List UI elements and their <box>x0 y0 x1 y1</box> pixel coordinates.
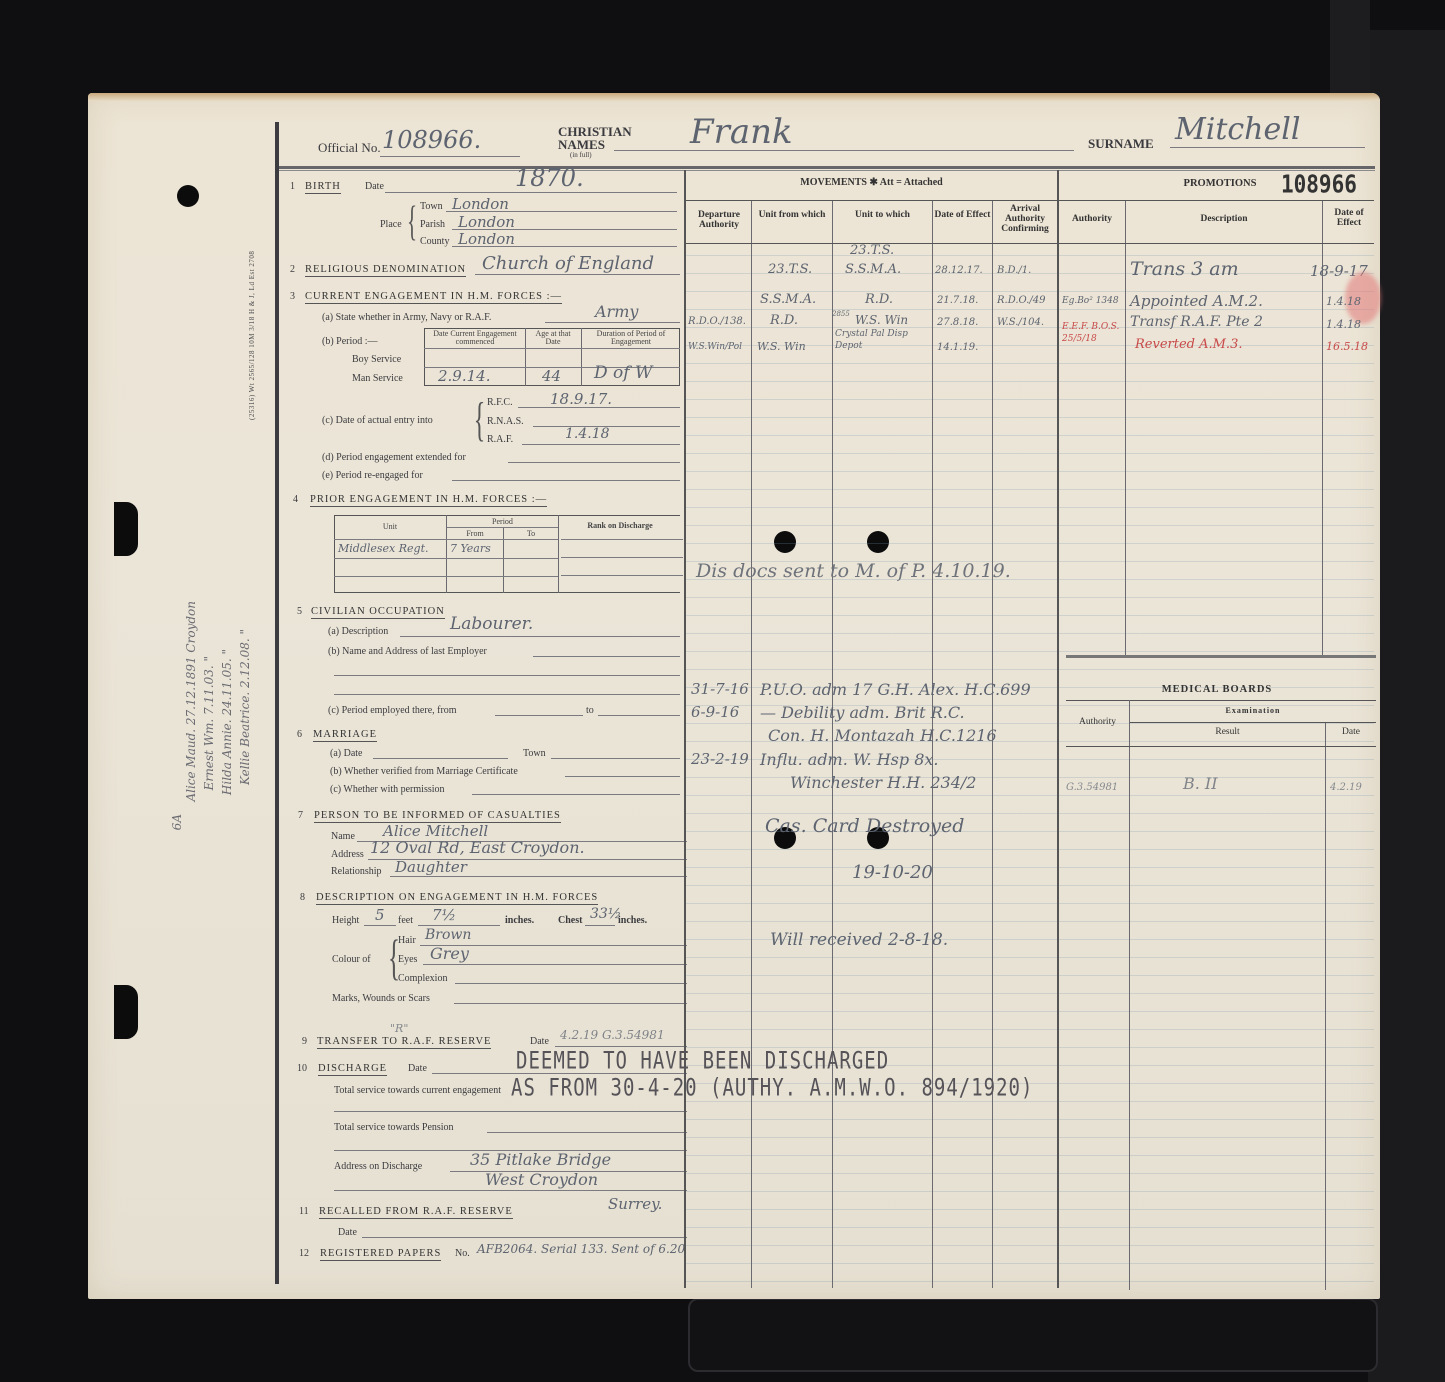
movement-annotation: 2855 <box>832 310 850 318</box>
rule <box>373 758 508 759</box>
height-inches-value: 7½ <box>432 906 456 924</box>
movement-to: S.S.M.A. <box>845 262 901 277</box>
header-rule <box>279 170 1375 171</box>
discharge-stamp-line2: AS FROM 30-4-20 (AUTHY. A.M.W.O. 894/192… <box>511 1074 1033 1102</box>
movement-note: Cas. Card Destroyed <box>765 815 964 837</box>
rule <box>614 150 1074 151</box>
marriage-town-label: Town <box>523 748 546 759</box>
service-pension-label: Total service towards Pension <box>334 1122 454 1133</box>
marriage-permission-label: (c) Whether with permission <box>330 784 445 795</box>
rule <box>334 558 558 559</box>
rule <box>551 758 680 759</box>
recalled-date-label: Date <box>338 1227 357 1238</box>
section-title-prior-engagement: PRIOR ENGAGEMENT IN H.M. FORCES :— <box>310 494 547 505</box>
section-number: 2 <box>290 264 295 275</box>
town-value: London <box>452 195 509 213</box>
th-promo-description: Description <box>1126 215 1322 225</box>
section-number: 12 <box>299 1248 309 1259</box>
movement-note: — Debility adm. Brit R.C. <box>760 703 965 722</box>
casualty-address-label: Address <box>331 849 364 860</box>
margin-note-label: 6A <box>170 814 184 830</box>
raf-value: 1.4.18 <box>565 426 610 442</box>
section-title-discharge: DISCHARGE <box>318 1063 387 1074</box>
rule <box>385 192 677 193</box>
th-duration: Duration of Period of Engagement <box>583 330 679 347</box>
movement-from: 23.T.S. <box>768 262 812 277</box>
th-age: Age at that Date <box>527 330 579 347</box>
th-date-of-effect: Date of Effect <box>933 211 992 221</box>
rule <box>581 328 582 386</box>
rule <box>598 715 680 716</box>
movement-note: 19-10-20 <box>852 862 933 883</box>
movement-to: R.D. <box>865 292 893 307</box>
service-branch-value: Army <box>595 302 638 321</box>
rule <box>364 925 396 926</box>
th-unit: Unit <box>334 523 446 531</box>
movement-note: P.U.O. adm 17 G.H. Alex. H.C.699 <box>760 680 1031 699</box>
promotion-date: 1.4.18 <box>1326 318 1361 331</box>
transfer-annotation: "R" <box>390 1022 408 1035</box>
rule <box>1066 746 1376 747</box>
chest-value: 33½ <box>590 906 621 922</box>
rule <box>751 200 752 1288</box>
period-label: (b) Period :— <box>322 336 378 347</box>
occupation-label: (a) Description <box>328 626 388 637</box>
form-left-border <box>275 122 279 1284</box>
section-title-religion: RELIGIOUS DENOMINATION <box>305 264 466 275</box>
county-value: London <box>458 230 515 248</box>
punch-hole <box>177 185 199 207</box>
rule <box>1057 170 1059 1288</box>
eyes-value: Grey <box>430 944 469 963</box>
place-label: Place <box>380 219 402 230</box>
section-title-birth: BIRTH <box>305 181 341 192</box>
rule <box>1130 722 1376 723</box>
medical-date: 4.2.19 <box>1330 782 1362 793</box>
transfer-date-label: Date <box>530 1036 549 1047</box>
section-number: 11 <box>299 1206 309 1217</box>
header-rule <box>279 166 1375 169</box>
rule <box>487 1132 687 1133</box>
rule <box>334 1111 687 1112</box>
movement-arrival: B.D./1. <box>997 265 1031 276</box>
rule <box>565 776 680 777</box>
th-result: Result <box>1130 728 1325 738</box>
eyes-label: Eyes <box>398 954 417 965</box>
rule <box>1066 700 1376 701</box>
section-number: 8 <box>300 892 305 903</box>
rule <box>1125 200 1126 655</box>
birth-date-value: 1870. <box>515 164 584 192</box>
christian-names-label: (in full) <box>570 151 592 159</box>
rule <box>1170 147 1365 148</box>
rule <box>684 170 686 1288</box>
rfc-label: R.F.C. <box>487 397 513 408</box>
section-number: 1 <box>290 181 295 192</box>
movements-title: MOVEMENTS ✱ Att = Attached <box>686 178 1057 189</box>
promotion-description: Reverted A.M.3. <box>1135 337 1242 352</box>
folder-tab <box>688 1298 1378 1372</box>
service-current-label: Total service towards current engagement <box>334 1085 501 1096</box>
raf-label: R.A.F. <box>487 434 513 445</box>
rule <box>525 328 526 386</box>
movement-date: 27.8.18. <box>937 317 978 328</box>
height-label: Height <box>332 915 359 926</box>
rule <box>561 575 683 576</box>
rule <box>400 636 680 637</box>
note-date: 31-7-16 <box>691 680 749 698</box>
official-no-value: 108966. <box>382 126 481 154</box>
movement-from: R.D. <box>770 313 798 328</box>
th-rank: Rank on Discharge <box>560 522 680 530</box>
section-title-marriage: MARRIAGE <box>313 729 377 740</box>
discharge-stamp-line1: DEEMED TO HAVE BEEN DISCHARGED <box>516 1047 889 1075</box>
promotion-authority: E.E.F. B.O.S. 25/5/18 <box>1062 322 1122 345</box>
th-arrival-authority: Arrival Authority Confirming <box>993 205 1057 235</box>
parish-label: Parish <box>420 219 445 230</box>
casualty-address-value: 12 Oval Rd, East Croydon. <box>370 838 585 857</box>
discharge-address-label: Address on Discharge <box>334 1161 422 1172</box>
movement-arrival: R.D.O./49 <box>997 295 1045 306</box>
rule <box>452 480 680 481</box>
employed-to-label: to <box>586 705 594 716</box>
man-service-age: 44 <box>542 367 561 385</box>
official-no-label: Official No. <box>318 140 381 156</box>
rule <box>334 576 558 577</box>
margin-note-line: Ernest Wm. 7.11.03. " <box>202 656 216 790</box>
section-number: 6 <box>297 729 302 740</box>
religion-value: Church of England <box>482 253 654 274</box>
movement-note: Con. H. Montazah H.C.1216 <box>768 726 997 745</box>
rule <box>472 794 680 795</box>
marriage-cert-label: (b) Whether verified from Marriage Certi… <box>330 766 518 777</box>
hair-value: Brown <box>425 927 471 943</box>
medical-authority: G.3.54981 <box>1066 782 1118 793</box>
brace: { <box>407 198 417 246</box>
promotions-stamp-number: 108966 <box>1281 170 1357 199</box>
rule <box>390 876 687 877</box>
th-promo-date: Date of Effect <box>1323 209 1375 229</box>
promotion-description: Trans 3 am <box>1130 258 1239 280</box>
discharge-date-label: Date <box>408 1063 427 1074</box>
brace: { <box>474 392 486 447</box>
movement-departure: R.D.O./138. <box>688 316 746 327</box>
margin-note-line: Alice Maud. 27.12.1891 Croydon <box>184 601 198 802</box>
colour-label: Colour of <box>332 954 371 965</box>
rnas-label: R.N.A.S. <box>487 416 524 427</box>
discharge-address-line: West Croydon <box>485 1170 598 1189</box>
rule <box>1129 700 1130 1290</box>
employed-from-label: (c) Period employed there, from <box>328 705 457 716</box>
printer-note: (25316) Wt 2565/128 10M 3/18 H & J, Ld E… <box>248 170 268 420</box>
promotions-title: PROMOTIONS <box>1170 178 1270 189</box>
section-title-recalled: RECALLED FROM R.A.F. RESERVE <box>319 1206 513 1217</box>
rule <box>558 515 559 593</box>
movement-to: Crystal Pal Disp Depot <box>835 329 931 352</box>
parish-value: London <box>458 213 515 231</box>
movement-to: W.S. Win <box>855 313 908 327</box>
rule <box>561 539 683 540</box>
movement-note: Dis docs sent to M. of P. 4.10.19. <box>696 560 1011 582</box>
boy-service-label: Boy Service <box>352 354 401 365</box>
rule <box>1066 655 1376 658</box>
promotion-description: Appointed A.M.2. <box>1130 292 1263 310</box>
section-title-casualties: PERSON TO BE INFORMED OF CASUALTIES <box>314 810 561 821</box>
section-number: 7 <box>298 810 303 821</box>
rule <box>545 322 680 323</box>
th-departure-authority: Departure Authority <box>688 211 750 231</box>
movement-note: Will received 2-8-18. <box>770 930 948 950</box>
chest-label: Chest <box>558 915 582 926</box>
marks-label: Marks, Wounds or Scars <box>332 993 430 1004</box>
movement-arrival: W.S./104. <box>997 317 1044 328</box>
rule <box>334 675 680 676</box>
rfc-value: 18.9.17. <box>550 390 612 408</box>
margin-note-line: Hilda Annie. 24.11.05. " <box>220 649 234 795</box>
rule <box>686 200 1374 201</box>
discharge-address-line: 35 Pitlake Bridge <box>470 1150 611 1169</box>
section-title-registered-papers: REGISTERED PAPERS <box>320 1248 441 1259</box>
medical-boards-title: MEDICAL BOARDS <box>1059 684 1375 695</box>
binder-notch <box>114 985 138 1039</box>
rule <box>522 444 680 445</box>
movement-date: 14.1.19. <box>937 342 978 353</box>
discharge-address-line: Surrey. <box>608 1195 662 1213</box>
hair-label: Hair <box>398 935 416 946</box>
rule <box>423 964 687 965</box>
rule <box>447 527 558 528</box>
section-title-civilian-occupation: CIVILIAN OCCUPATION <box>311 606 445 617</box>
rule <box>455 983 687 984</box>
rule <box>334 694 680 695</box>
th-to: To <box>504 530 558 538</box>
rule <box>418 925 500 926</box>
th-examination: Examination <box>1130 707 1376 715</box>
section-number: 4 <box>293 494 298 505</box>
movement-note: Influ. adm. W. Hsp 8x. <box>760 750 939 769</box>
th-date-commenced: Date Current Engagement commenced <box>427 330 523 347</box>
movement-date: 28.12.17. <box>935 265 983 276</box>
relationship-value: Daughter <box>395 858 467 876</box>
movement-date: 21.7.18. <box>937 295 978 306</box>
chest-inches-label: inches. <box>618 915 647 926</box>
rule <box>362 1237 687 1238</box>
rule <box>585 925 615 926</box>
promotion-date: 16.5.18 <box>1326 340 1368 353</box>
height-feet-value: 5 <box>375 906 385 924</box>
county-label: County <box>420 236 449 247</box>
rule <box>686 243 1374 244</box>
movement-note: Winchester H.H. 234/2 <box>790 773 976 792</box>
binder-notch <box>114 502 138 556</box>
movement-departure: W.S.Win/Pol <box>688 342 742 352</box>
marriage-date-label: (a) Date <box>330 748 362 759</box>
rule <box>561 557 683 558</box>
casualty-name-label: Name <box>331 831 355 842</box>
surname-value: Mitchell <box>1175 112 1300 147</box>
service-branch-label: (a) State whether in Army, Navy or R.A.F… <box>322 312 491 323</box>
christian-names-value: Frank <box>690 112 793 152</box>
extended-label: (d) Period engagement extended for <box>322 452 466 463</box>
man-service-date: 2.9.14. <box>438 367 490 385</box>
prior-unit: Middlesex Regt. <box>338 542 429 555</box>
rule <box>533 656 680 657</box>
town-label: Town <box>420 201 443 212</box>
rule <box>495 715 583 716</box>
promotion-date: 1.4.18 <box>1326 295 1361 308</box>
rule <box>334 1190 687 1191</box>
prior-from: 7 Years <box>450 542 491 555</box>
th-medical-authority: Authority <box>1066 718 1129 728</box>
section-number: 10 <box>297 1063 307 1074</box>
th-promo-authority: Authority <box>1059 215 1125 225</box>
rule <box>508 462 680 463</box>
section-title-transfer: TRANSFER TO R.A.F. RESERVE <box>317 1036 491 1047</box>
rule <box>454 1003 687 1004</box>
paper-edge <box>88 93 1380 101</box>
man-service-label: Man Service <box>352 373 403 384</box>
employer-label: (b) Name and Address of last Employer <box>328 646 487 657</box>
rule <box>380 156 520 157</box>
rule <box>424 348 680 349</box>
movement-to: 23.T.S. <box>850 243 894 258</box>
rule <box>334 539 558 540</box>
note-date: 6-9-16 <box>691 703 739 721</box>
th-medical-date: Date <box>1326 728 1376 738</box>
movement-from: S.S.M.A. <box>760 292 816 307</box>
th-unit-to: Unit to which <box>833 211 932 221</box>
note-date: 23-2-19 <box>691 750 749 768</box>
section-number: 5 <box>297 606 302 617</box>
section-number: 9 <box>302 1036 307 1047</box>
rule <box>1325 722 1326 1290</box>
promotion-authority: Eg.Bo² 1348 <box>1062 296 1119 306</box>
transfer-date-value: 4.2.19 G.3.54981 <box>560 1028 665 1042</box>
section-number: 3 <box>290 291 295 302</box>
complexion-label: Complexion <box>398 973 447 984</box>
rule <box>475 274 680 275</box>
surname-label: SURNAME <box>1088 136 1154 152</box>
medical-result: B. II <box>1183 774 1218 793</box>
movement-from: W.S. Win <box>757 340 806 353</box>
margin-note-children: 6A Alice Maud. 27.12.1891 Croydon Ernest… <box>170 500 270 830</box>
birth-date-label: Date <box>365 181 384 192</box>
inches-label: inches. <box>505 915 534 926</box>
section-title-current-engagement: CURRENT ENGAGEMENT IN H.M. FORCES :— <box>305 291 562 302</box>
th-from: From <box>447 530 503 538</box>
promotion-description: Transf R.A.F. Pte 2 <box>1130 314 1263 330</box>
papers-no-label: No. <box>455 1248 470 1259</box>
section-title-description: DESCRIPTION ON ENGAGEMENT IN H.M. FORCES <box>316 892 598 903</box>
reengaged-label: (e) Period re-engaged for <box>322 470 423 481</box>
th-period: Period <box>447 518 558 526</box>
man-service-duration: D of W <box>594 363 652 383</box>
registered-papers-value: AFB2064. Serial 133. Sent of 6.20 <box>477 1242 685 1256</box>
occupation-value: Labourer. <box>450 614 533 634</box>
margin-note-line: Kellie Beatrice. 2.12.08. " <box>238 629 252 785</box>
relationship-label: Relationship <box>331 866 382 877</box>
feet-label: feet <box>398 915 413 926</box>
entry-date-label: (c) Date of actual entry into <box>322 415 433 426</box>
th-unit-from: Unit from which <box>752 211 832 221</box>
